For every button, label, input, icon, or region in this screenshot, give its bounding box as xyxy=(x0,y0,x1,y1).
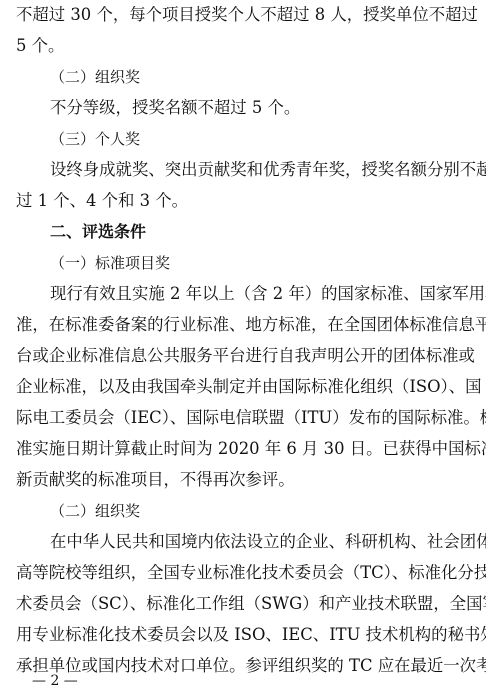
text-line: 现行有效且实施 2 年以上（含 2 年）的国家标准、国家军用标 xyxy=(16,279,474,309)
text-line: 设终身成就奖、突出贡献奖和优秀青年奖，授奖名额分别不超 xyxy=(16,155,474,185)
text-line: 承担单位或国内技术对口单位。参评组织奖的 TC 应在最近一次考 xyxy=(16,651,474,681)
section-heading: 二、评选条件 xyxy=(16,217,474,247)
text-line: 过 1 个、4 个和 3 个。 xyxy=(16,186,474,216)
text-line: 际电工委员会（IEC）、国际电信联盟（ITU）发布的国际标准。标 xyxy=(16,403,474,433)
text-line: 高等院校等组织，全国专业标准化技术委员会（TC）、标准化分技 xyxy=(16,558,474,588)
subsection-heading: （二）组织奖 xyxy=(16,496,474,526)
subsection-heading: （一）标准项目奖 xyxy=(16,248,474,278)
text-line: 准，在标准委备案的行业标准、地方标准，在全国团体标准信息平 xyxy=(16,310,474,340)
text-line: 台或企业标准信息公共服务平台进行自我声明公开的团体标准或 xyxy=(16,341,474,371)
subsection-heading: （二）组织奖 xyxy=(16,62,474,92)
text-line: 新贡献奖的标准项目，不得再次参评。 xyxy=(16,465,474,495)
text-line: 不超过 30 个，每个项目授奖个人不超过 8 人，授奖单位不超过 xyxy=(16,0,474,30)
text-line: 在中华人民共和国境内依法设立的企业、科研机构、社会团体、 xyxy=(16,527,474,557)
text-line: 不分等级，授奖名额不超过 5 个。 xyxy=(16,93,474,123)
text-line: 用专业标准化技术委员会以及 ISO、IEC、ITU 技术机构的秘书处 xyxy=(16,620,474,650)
text-line: 准实施日期计算截止时间为 2020 年 6 月 30 日。已获得中国标准创 xyxy=(16,434,474,464)
text-line: 企业标准，以及由我国牵头制定并由国际标准化组织（ISO）、国 xyxy=(16,372,474,402)
page-number: — 2 — xyxy=(32,672,78,690)
text-line: 术委员会（SC）、标准化工作组（SWG）和产业技术联盟，全国军 xyxy=(16,589,474,619)
text-line: 5 个。 xyxy=(16,31,474,61)
subsection-heading: （三）个人奖 xyxy=(16,124,474,154)
